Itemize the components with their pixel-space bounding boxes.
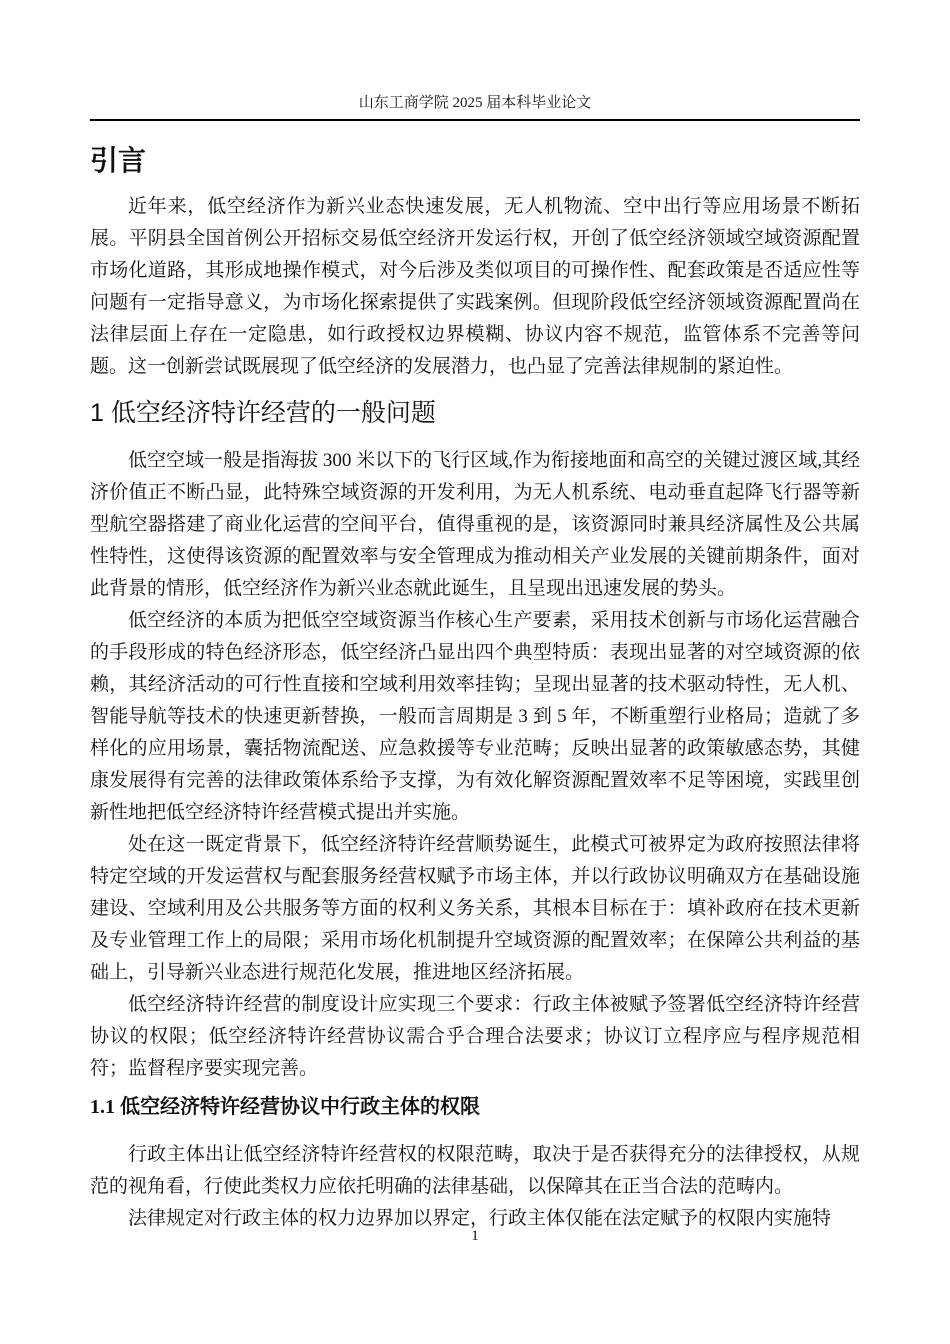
paragraph-section1-3: 处在这一既定背景下，低空经济特许经营顺势诞生，此模式可被界定为政府按照法律将特定… (90, 829, 860, 989)
page-number: 1 (0, 1228, 950, 1245)
heading-section-1: 1 低空经济特许经营的一般问题 (90, 395, 860, 431)
paragraph-section1-1: 低空空域一般是指海拔 300 米以下的飞行区域,作为衔接地面和高空的关键过渡区域… (90, 445, 860, 605)
page-content: 引言 近年来，低空经济作为新兴业态快速发展，无人机物流、空中出行等应用场景不断拓… (90, 143, 860, 1235)
heading-introduction: 引言 (90, 143, 860, 179)
running-head: 山东工商学院 2025 届本科毕业论文 (90, 0, 860, 121)
paragraph-section1-1-1: 行政主体出让低空经济特许经营权的权限范畴，取决于是否获得充分的法律授权，从规范的… (90, 1139, 860, 1203)
heading-section-1-1: 1.1 低空经济特许经营协议中行政主体的权限 (90, 1093, 860, 1121)
document-page: 山东工商学院 2025 届本科毕业论文 引言 近年来，低空经济作为新兴业态快速发… (0, 0, 950, 1344)
paragraph-section1-4: 低空经济特许经营的制度设计应实现三个要求：行政主体被赋予签署低空经济特许经营协议… (90, 989, 860, 1085)
paragraph-intro-1: 近年来，低空经济作为新兴业态快速发展，无人机物流、空中出行等应用场景不断拓展。平… (90, 191, 860, 383)
paragraph-section1-2: 低空经济的本质为把低空空域资源当作核心生产要素，采用技术创新与市场化运营融合的手… (90, 605, 860, 829)
